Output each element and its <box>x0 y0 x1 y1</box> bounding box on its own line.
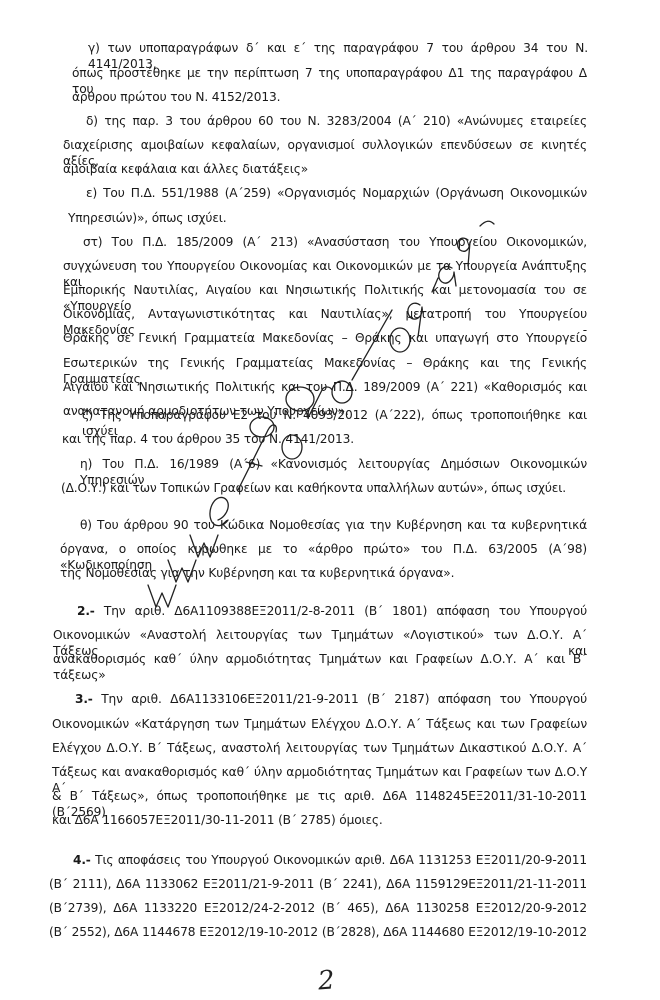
text-line: (Δ.Ο.Υ.) και των Τοπικών Γραφείων και κα… <box>61 480 566 496</box>
document-page: γ) των υποπαραγράφων δ΄ και ε΄ της παραγ… <box>0 0 660 1000</box>
text-line: Οικονομικών «Κατάργηση των Τμημάτων Ελέγ… <box>52 716 587 732</box>
text-line: και Δ6Α 1166057ΕΞ2011/30-11-2011 (Β΄ 278… <box>52 812 383 828</box>
text-line: Ελέγχου Δ.Ο.Υ. Β΄ Τάξεως, αναστολή λειτο… <box>52 740 587 756</box>
text-line: Αιγαίου και Νησιωτικής Πολιτικής και του… <box>63 379 587 395</box>
text-line: (Β΄2739), Δ6Α 1133220 ΕΞ2012/24-2-2012 (… <box>49 900 587 916</box>
text-line: δ) της παρ. 3 του άρθρου 60 του Ν. 3283/… <box>86 113 587 129</box>
item-number: 3.- <box>75 692 93 706</box>
text-line: 4.- Τις αποφάσεις του Υπουργού Οικονομικ… <box>73 852 587 868</box>
text-line: 3.- Την αριθ. Δ6Α1133106ΕΞ2011/21-9-2011… <box>75 691 587 707</box>
text-line: της Νομοθεσίας για την Κυβέρνηση και τα … <box>60 565 454 581</box>
text-line: Θράκης σε Γενική Γραμματεία Μακεδονίας –… <box>63 330 587 346</box>
text-line: (Β΄ 2552), Δ6Α 1144678 ΕΞ2012/19-10-2012… <box>49 924 587 940</box>
text-line: και της παρ. 4 του άρθρου 35 του Ν. 4141… <box>62 431 354 447</box>
text-line: Υπηρεσιών)», όπως ισχύει. <box>68 210 226 226</box>
text-line: θ) Του άρθρου 90 του Κώδικα Νομοθεσίας γ… <box>80 517 587 533</box>
text-line: (Β΄ 2111), Δ6Α 1133062 ΕΞ2011/21-9-2011 … <box>49 876 587 892</box>
text-line: άρθρου πρώτου του Ν. 4152/2013. <box>72 89 280 105</box>
text-line: ε) Του Π.Δ. 551/1988 (Α΄259) «Οργανισμός… <box>86 185 587 201</box>
item-number: 2.- <box>77 604 95 618</box>
text-line: 2.- Την αριθ. Δ6Α1109388ΕΞ2011/2-8-2011 … <box>77 603 587 619</box>
text-line: αμοιβαία κεφάλαια και άλλες διατάξεις» <box>63 161 308 177</box>
text-span: Την αριθ. Δ6Α1133106ΕΞ2011/21-9-2011 (Β΄… <box>93 692 587 706</box>
text-span: Τις αποφάσεις του Υπουργού Οικονομικών α… <box>91 853 587 867</box>
text-span: Την αριθ. Δ6Α1109388ΕΞ2011/2-8-2011 (Β΄ … <box>95 604 587 618</box>
page-number: 2 <box>317 965 336 996</box>
text-line: στ) Του Π.Δ. 185/2009 (Α΄ 213) «Ανασύστα… <box>83 234 587 250</box>
text-line: ανακαθορισμός καθ΄ ύλην αρμοδιότητας Τμη… <box>53 651 587 683</box>
item-number: 4.- <box>73 853 91 867</box>
